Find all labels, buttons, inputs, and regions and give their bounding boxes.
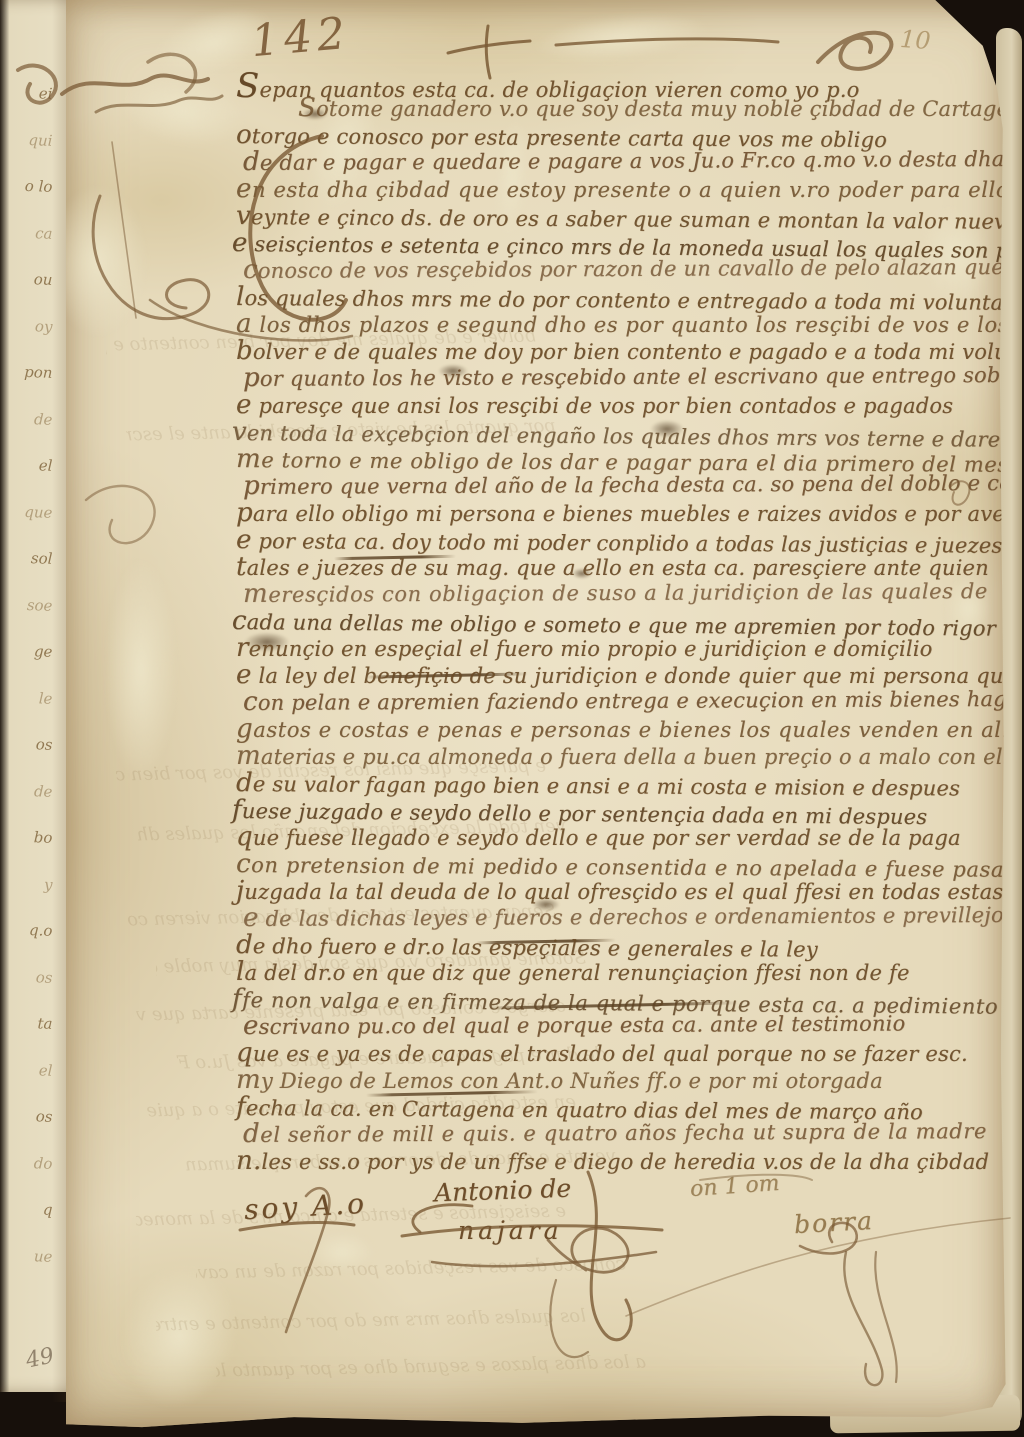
adjacent-page-fragment: de (0, 409, 57, 457)
manuscript-line: gastos e costas e penas e personas e bie… (236, 714, 1024, 741)
adjacent-page-fragment: sol (0, 548, 57, 596)
adjacent-page-fragment: o lo (0, 176, 57, 224)
adjacent-page-fragment: el (0, 455, 57, 503)
adjacent-page-fragment: ca (0, 223, 57, 271)
manuscript-line: con pelan e apremien faziendo entrega e … (243, 683, 1024, 714)
adjacent-page-fragment: pon (0, 362, 57, 410)
manuscript-line: primero que verna del año de la fecha de… (243, 467, 1024, 498)
adjacent-page-fragment: de (0, 781, 57, 829)
adjacent-page-fragment: ou (0, 269, 57, 317)
manuscript-line: del señor de mill e quis. e quatro años … (243, 1115, 1024, 1146)
adjacent-page-fragment: ue (0, 1246, 57, 1294)
manuscript-page: 142 10 Sepan quantos esta ca. de obligaç… (66, 0, 1016, 1430)
amend-note: borra (793, 1206, 874, 1239)
witness-note: soy A.o (243, 1187, 367, 1226)
adjacent-page-fragment: ta (0, 1013, 57, 1061)
marginal-note-right: on 1 om (689, 1171, 780, 1202)
bleed-through-line: conosco de vos resçebidos por razon de u… (196, 1253, 626, 1283)
adjacent-page-fragment: do (0, 1153, 57, 1201)
adjacent-page-fragment: q (0, 1199, 57, 1247)
stain (106, 560, 176, 780)
adjacent-page-fragment: el (0, 1060, 57, 1108)
manuscript-line: meresçidos con obligaçion de suso a la j… (243, 575, 1024, 606)
photo-background: eiquio locaouoypondeelquesolsoegeleosdeb… (0, 0, 1024, 1437)
manuscript-line: Sepan quantos esta ca. de obligaçion vie… (236, 66, 1024, 93)
adjacent-page-fragment: qui (0, 130, 57, 178)
folio-number: 142 (249, 8, 352, 67)
adjacent-page-fragment: soe (0, 595, 57, 643)
signature-name-line2: najara (458, 1216, 563, 1245)
adjacent-page-text: eiquio locaouoypondeelquesolsoegeleosdeb… (0, 84, 56, 1293)
adjacent-page-fragment: bo (0, 827, 57, 875)
signature-name-line1: Antonio de (434, 1174, 572, 1208)
adjacent-page-fragment: os (0, 967, 57, 1015)
manuscript-line: conosco de vos resçebidos por razon de u… (243, 251, 1024, 282)
adjacent-page-fragment: le (0, 688, 57, 736)
adjacent-page-fragment: ge (0, 641, 57, 689)
adjacent-page-fragment: os (0, 1106, 57, 1154)
manuscript-line: Sotome ganadero v.o que soy desta muy no… (236, 93, 1024, 120)
adjacent-page-fragment: os (0, 734, 57, 782)
adjacent-page-fragment: ei (0, 83, 57, 131)
adjacent-page-fragment: q.o (0, 920, 57, 968)
adjacent-page-fragment: y (0, 874, 57, 922)
bleed-through-line: a los dhos plazos e segund dho es por qu… (216, 1351, 646, 1381)
manuscript-line: de dar e pagar e quedare e pagare a vos … (243, 143, 1024, 174)
manuscript-line: renunçio en espeçial el fuero mio propio… (236, 633, 1024, 660)
adjacent-page-fragment: que (0, 502, 57, 550)
manuscript-line: en esta dha çibdad que estoy presente o … (236, 174, 1024, 201)
manuscript-line: por quanto los he visto e resçebido ante… (243, 359, 1024, 390)
manuscript-line: para ello obligo mi persona e bienes mue… (236, 498, 1024, 525)
manuscript-line: e paresçe que ansi los resçibi de vos po… (236, 390, 1024, 417)
stain (534, 7, 708, 69)
adjacent-page-fragment: oy (0, 316, 57, 364)
stain (119, 68, 249, 154)
corner-number: 10 (899, 25, 931, 55)
